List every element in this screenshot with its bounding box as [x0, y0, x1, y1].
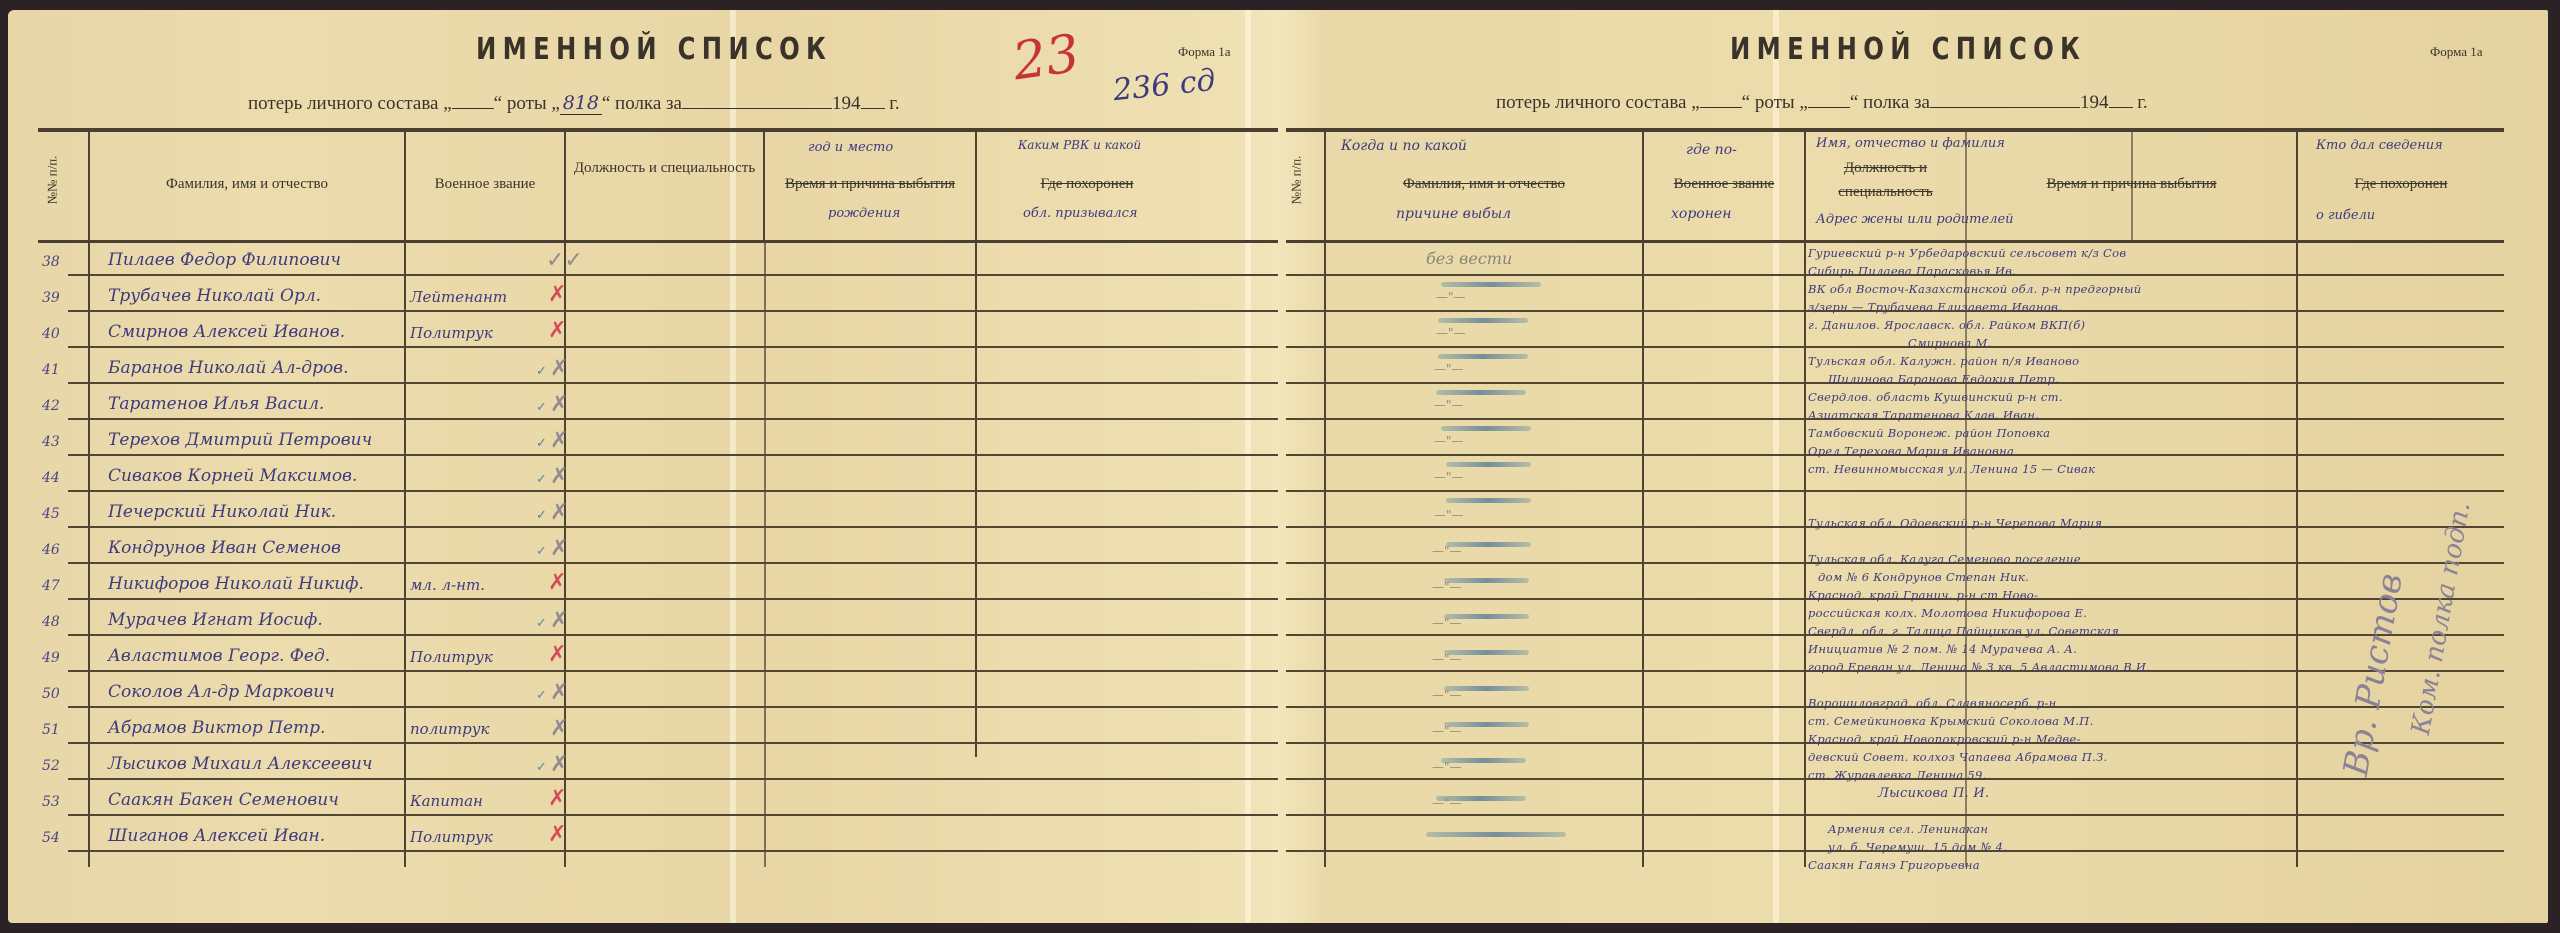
table-row: 43 Терехов Дмитрий Петрович ✓✗	[38, 424, 1278, 460]
blue-tick-icon: ✓	[536, 616, 547, 631]
text: 194	[832, 93, 861, 114]
company-field	[452, 108, 494, 109]
grey-check-icon: ✗	[550, 464, 568, 489]
column-header-departure: Время и причина выбытия	[1967, 172, 2296, 196]
handwritten-header-note: Кто дал сведения	[2316, 138, 2443, 153]
text: 54	[42, 830, 60, 846]
text: потерь личного состава „	[1496, 92, 1700, 113]
table-row: 46 Кондрунов Иван Семенов ✓✗	[38, 532, 1278, 568]
table-row: 50 Соколов Ал-др Маркович ✓✗	[38, 676, 1278, 712]
blue-tick-icon: ✓	[536, 364, 547, 379]
ditto-mark: —"—	[1434, 434, 1464, 448]
blue-tick-icon: ✓	[536, 508, 547, 523]
right-page: ИМЕННОЙ СПИСОК Форма 1а потерь личного с…	[1280, 10, 2548, 923]
handwritten-header-note: Адрес жены или родителей	[1816, 212, 2014, 227]
text: “ роты „	[494, 93, 560, 114]
text: 41	[42, 362, 60, 378]
handwritten-header-note: о гибели	[2316, 208, 2375, 223]
text: Тульская обл. Калуга Семеново поселение	[1808, 552, 2081, 566]
text: Саакян Гаянэ Григорьевна	[1808, 858, 1980, 872]
soldier-rank: мл. л-нт.	[410, 576, 485, 594]
ditto-mark: —"—	[1434, 398, 1464, 412]
ditto-mark: —"—	[1434, 508, 1464, 522]
soldier-name: Трубачев Николай Орл.	[108, 286, 321, 306]
text: 52	[42, 758, 60, 774]
ditto-mark: —"—	[1432, 652, 1462, 666]
red-cross-icon: ✗	[548, 570, 566, 595]
handwritten-header-note: хоронен	[1671, 206, 1731, 222]
period-field	[1930, 107, 2080, 108]
text: “ полка за	[602, 93, 682, 114]
blue-crayon-mark	[1436, 390, 1526, 395]
text: “ полка за	[1850, 92, 1930, 113]
text: Гуриевский р-н Урбедаровский сельсовет к…	[1808, 246, 2126, 260]
text: г.	[889, 93, 899, 114]
text: 44	[42, 470, 60, 486]
handwritten-header-note: Имя, отчество и фамилия	[1816, 136, 2005, 151]
soldier-name: Баранов Николай Ал-дров.	[108, 358, 348, 378]
text: 48	[42, 614, 60, 630]
table-row: 49 Авластимов Георг. Фед. Политрук ✗	[38, 640, 1278, 676]
text: ст. Журавлевка Ленина 59.	[1808, 768, 1987, 782]
ditto-mark: —"—	[1432, 544, 1462, 558]
text: 51	[42, 722, 60, 738]
subtitle: потерь личного состава „“ роты „818“ пол…	[248, 92, 900, 115]
text: Свердлов. область Кушвинский р-н ст.	[1808, 390, 2063, 404]
blue-crayon-mark	[1441, 426, 1531, 431]
red-annotation: 23	[1009, 24, 1083, 93]
left-page: ИМЕННОЙ СПИСОК Форма 1а 23 236 сд потерь…	[8, 10, 1258, 923]
text: 42	[42, 398, 60, 414]
text: Азиатская Таратенова Клав. Иван.	[1808, 408, 2039, 422]
blue-crayon-mark	[1446, 462, 1531, 467]
column-header-name: Фамилия, имя и отчество	[1326, 172, 1642, 196]
soldier-name: Печерский Николай Ник.	[108, 502, 336, 522]
text: Орел Терехова Мария Ивановна	[1808, 444, 2014, 458]
red-cross-icon: ✗	[548, 642, 566, 667]
missing-in-action-note: без вести	[1426, 249, 1512, 268]
soldier-rank: политрук	[410, 720, 489, 738]
text: 45	[42, 506, 60, 522]
document-sheet: ИМЕННОЙ СПИСОК Форма 1а 23 236 сд потерь…	[8, 10, 2548, 923]
text: г.	[2137, 92, 2147, 113]
grey-check-icon: ✓✓	[546, 248, 583, 273]
handwritten-header-note: год и место	[808, 140, 893, 155]
table-row: 47 Никифоров Николай Никиф. мл. л-нт. ✗	[38, 568, 1278, 604]
regiment-field	[1808, 107, 1850, 108]
text: “ роты „	[1742, 92, 1808, 113]
soldier-rank: Лейтенант	[410, 288, 507, 306]
text: 38	[42, 254, 60, 270]
soldier-name: Мурачев Игнат Иосиф.	[108, 610, 323, 630]
text: ул. б. Черемуш. 15 дом № 4.	[1828, 840, 2007, 854]
text: Армения сел. Ленинакан	[1828, 822, 1988, 836]
red-cross-icon: ✗	[548, 822, 566, 847]
text: российская колх. Молотова Никифорова Е.	[1808, 606, 2087, 620]
grey-check-icon: ✗	[550, 608, 568, 633]
text: Ворошиловград. обл. Славяносерб. р-н	[1808, 696, 2056, 710]
text: Тамбовский Воронеж. район Поповка	[1808, 426, 2050, 440]
column-header-position: Должность и специальность	[566, 156, 763, 180]
text: ст. Семейкиновка Крымский Соколова М.П.	[1808, 714, 2094, 728]
table-row: 45 Печерский Николай Ник. ✓✗	[38, 496, 1278, 532]
column-header-number: №№ п/п.	[1288, 156, 1304, 205]
text: Свердл. обл. г. Талица Пайщиков ул. Сове…	[1808, 624, 2119, 638]
ditto-mark: —"—	[1432, 580, 1462, 594]
table-row: 52 Лысиков Михаил Алексеевич ✓✗	[38, 748, 1278, 784]
handwritten-header-note: Когда и по какой	[1341, 138, 1467, 154]
handwritten-header-note: обл. призывался	[1023, 206, 1138, 221]
text: Инициатив № 2 пом. № 14 Мурачева А. А.	[1808, 642, 2077, 656]
year-field	[2109, 107, 2133, 108]
text: 50	[42, 686, 60, 702]
year-field	[861, 108, 885, 109]
column-header-number: №№ п/п.	[44, 156, 60, 205]
soldier-rank: Политрук	[410, 324, 493, 342]
text: город Ереван ул. Ленина № 3 кв. 5 Авласт…	[1808, 660, 2150, 674]
page-title: ИМЕННОЙ СПИСОК	[1730, 32, 2086, 67]
grey-check-icon: ✗	[550, 716, 568, 741]
text: 39	[42, 290, 60, 306]
text: Смирнова М.	[1908, 336, 1992, 350]
soldier-name: Сиваков Корней Максимов.	[108, 466, 357, 486]
table-row: 53 Саакян Бакен Семенович Капитан ✗	[38, 784, 1278, 820]
pencil-margin-note: Вр. Ристов	[2336, 570, 2411, 779]
ditto-mark: —"—	[1434, 362, 1464, 376]
blue-tick-icon: ✓	[536, 436, 547, 451]
table-row: 54 Шиганов Алексей Иван. Политрук ✗	[38, 820, 1278, 856]
table-row: 44 Сиваков Корней Максимов. ✓✗	[38, 460, 1278, 496]
regiment-field: 818	[560, 92, 602, 115]
text: 46	[42, 542, 60, 558]
soldier-name: Саакян Бакен Семенович	[108, 790, 339, 810]
ditto-mark: —"—	[1432, 760, 1462, 774]
table-row: 48 Мурачев Игнат Иосиф. ✓✗	[38, 604, 1278, 640]
subtitle: потерь личного состава „“ роты „“ полка …	[1496, 92, 2148, 114]
blue-crayon-mark	[1446, 498, 1531, 503]
ditto-mark: —"—	[1432, 724, 1462, 738]
soldier-name: Пилаев Федор Филипович	[108, 250, 341, 270]
soldier-name: Шиганов Алексей Иван.	[108, 826, 325, 846]
text: Лысикова П. И.	[1878, 786, 1989, 801]
text: ВК обл Восточ-Казахстанской обл. р-н пре…	[1808, 282, 2142, 296]
text: ст. Невинномысская ул. Ленина 15 — Сивак	[1808, 462, 2095, 476]
text: Краснод. край Гранич. р-н ст Ново-	[1808, 588, 2038, 602]
grey-check-icon: ✗	[550, 752, 568, 777]
column-header-name: Фамилия, имя и отчество	[90, 172, 404, 196]
soldier-name: Никифоров Николай Никиф.	[108, 574, 364, 594]
soldier-name: Авластимов Георг. Фед.	[108, 646, 330, 666]
red-cross-icon: ✗	[548, 318, 566, 343]
text: 47	[42, 578, 60, 594]
soldier-name: Таратенов Илья Васил.	[108, 394, 324, 414]
division-annotation: 236 сд	[1111, 63, 1217, 109]
grey-check-icon: ✗	[550, 500, 568, 525]
text: 53	[42, 794, 60, 810]
ditto-mark: —"—	[1432, 688, 1462, 702]
company-field	[1700, 107, 1742, 108]
grey-check-icon: ✗	[550, 680, 568, 705]
text: потерь личного состава „	[248, 93, 452, 114]
text: дом № 6 Кондрунов Степан Ник.	[1818, 570, 2029, 584]
red-cross-icon: ✗	[548, 282, 566, 307]
text: 194	[2080, 92, 2109, 113]
column-header-departure: Время и причина выбытия	[765, 172, 975, 196]
column-header-rank: Военное звание	[1644, 172, 1804, 196]
column-header-burial: Где похоронен	[2298, 172, 2504, 196]
column-header-burial: Где похоронен	[977, 172, 1197, 196]
table-row: 39 Трубачев Николай Орл. Лейтенант ✗	[38, 280, 1278, 316]
blue-tick-icon: ✓	[536, 400, 547, 415]
handwritten-header-note: Каким РВК и какой	[1018, 138, 1141, 152]
text: девский Совет. колхоз Чапаева Абрамова П…	[1808, 750, 2107, 764]
table-row: 38 Пилаев Федор Филипович ✓✓	[38, 244, 1278, 280]
ditto-mark: —"—	[1436, 326, 1466, 340]
losses-table-left: №№ п/п. Фамилия, имя и отчество Военное …	[38, 128, 1278, 912]
soldier-name: Абрамов Виктор Петр.	[108, 718, 325, 738]
ditto-mark: —"—	[1436, 290, 1466, 304]
soldier-rank: Политрук	[410, 648, 493, 666]
handwritten-header-note: рождения	[828, 206, 900, 221]
soldier-rank: Капитан	[410, 792, 483, 810]
column-header-position: Должность и специальность	[1806, 156, 1965, 204]
blue-tick-icon: ✓	[536, 472, 547, 487]
blue-tick-icon: ✓	[536, 760, 547, 775]
text: Сибирь Пилаева Парасковья Ив.	[1808, 264, 2016, 278]
table-row: 40 Смирнов Алексей Иванов. Политрук ✗	[38, 316, 1278, 352]
table-row: 42 Таратенов Илья Васил. ✓✗	[38, 388, 1278, 424]
soldier-name: Кондрунов Иван Семенов	[108, 538, 341, 558]
text: з/зерн — Трубачева Елизавета Иванов.	[1808, 300, 2062, 314]
blue-crayon-mark	[1438, 318, 1528, 323]
soldier-rank: Политрук	[410, 828, 493, 846]
handwritten-header-note: где по-	[1686, 142, 1737, 158]
grey-check-icon: ✗	[550, 536, 568, 561]
blue-tick-icon: ✓	[536, 688, 547, 703]
grey-check-icon: ✗	[550, 356, 568, 381]
soldier-name: Соколов Ал-др Маркович	[108, 682, 335, 702]
text: 49	[42, 650, 60, 666]
soldier-name: Лысиков Михаил Алексеевич	[108, 754, 372, 774]
form-number: Форма 1а	[2430, 44, 2483, 60]
losses-table-right: №№ п/п. Когда и по какой Фамилия, имя и …	[1286, 128, 2504, 912]
ditto-mark: —"—	[1432, 616, 1462, 630]
page-title: ИМЕННОЙ СПИСОК	[476, 32, 832, 67]
blue-crayon-mark	[1441, 282, 1541, 287]
form-number: Форма 1а	[1178, 44, 1231, 60]
text: Тульская обл. Калужн. район п/я Иваново	[1808, 354, 2079, 368]
handwritten-header-note: причине выбыл	[1396, 206, 1511, 222]
text: Тульская обл. Одоевский р-н Черепова Мар…	[1808, 516, 2102, 530]
grey-check-icon: ✗	[550, 428, 568, 453]
ditto-mark: —"—	[1434, 470, 1464, 484]
table-row: 41 Баранов Николай Ал-дров. ✓✗	[38, 352, 1278, 388]
blue-crayon-mark	[1426, 832, 1566, 837]
table-row: 51 Абрамов Виктор Петр. политрук ✗	[38, 712, 1278, 748]
text: Краснод. край Новопокровский р-н Медве-	[1808, 732, 2081, 746]
text: Шилинова Баранова Евдокия Петр.	[1828, 372, 2059, 386]
blue-tick-icon: ✓	[536, 544, 547, 559]
soldier-name: Смирнов Алексей Иванов.	[108, 322, 345, 342]
pencil-margin-note: Ком. полка подп.	[2406, 500, 2477, 738]
soldier-name: Терехов Дмитрий Петрович	[108, 430, 372, 450]
red-cross-icon: ✗	[548, 786, 566, 811]
text: г. Данилов. Ярославск. обл. Райком ВКП(б…	[1808, 318, 2085, 332]
text: 43	[42, 434, 60, 450]
text: 40	[42, 326, 60, 342]
period-field	[682, 108, 832, 109]
blue-crayon-mark	[1438, 354, 1528, 359]
column-header-rank: Военное звание	[406, 172, 564, 196]
ditto-mark: —"—	[1432, 796, 1462, 810]
grey-check-icon: ✗	[550, 392, 568, 417]
